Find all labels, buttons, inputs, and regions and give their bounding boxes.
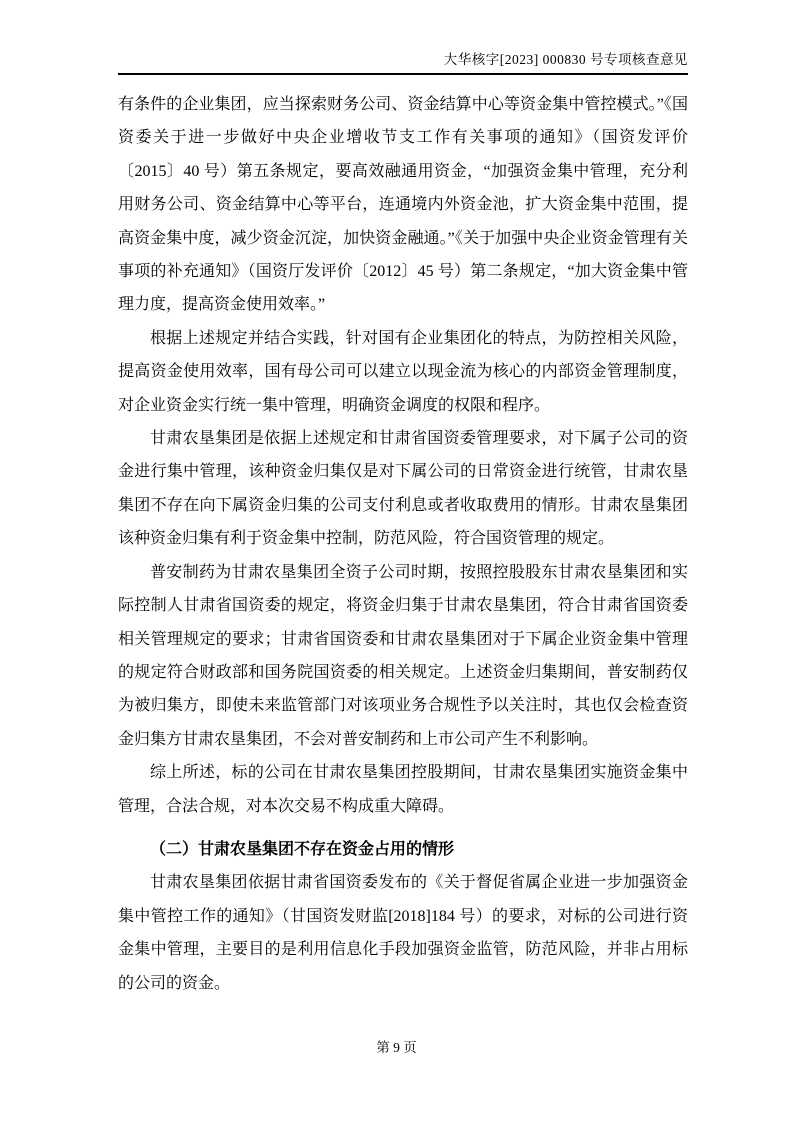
document-body: 有条件的企业集团，应当探索财务公司、资金结算中心等资金集中管控模式。”《国资委关… — [118, 88, 688, 1000]
document-page: 大华核字[2023] 000830 号专项核查意见 有条件的企业集团，应当探索财… — [0, 0, 793, 1122]
body-paragraph: 综上所述，标的公司在甘肃农垦集团控股期间，甘肃农垦集团实施资金集中管理，合法合规… — [118, 756, 688, 823]
body-paragraph-continuation: 有条件的企业集团，应当探索财务公司、资金结算中心等资金集中管控模式。”《国资委关… — [118, 88, 688, 322]
body-paragraph: 甘肃农垦集团是依据上述规定和甘肃省国资委管理要求，对下属子公司的资金进行集中管理… — [118, 422, 688, 556]
body-paragraph: 根据上述规定并结合实践，针对国有企业集团化的特点，为防控相关风险，提高资金使用效… — [118, 322, 688, 422]
page-header: 大华核字[2023] 000830 号专项核查意见 — [118, 50, 688, 75]
body-paragraph: 甘肃农垦集团依据甘肃省国资委发布的《关于督促省属企业进一步加强资金集中管控工作的… — [118, 866, 688, 1000]
header-doc-reference: 大华核字[2023] 000830 号专项核查意见 — [118, 50, 688, 73]
page-footer: 第 9 页 — [0, 1038, 793, 1058]
body-paragraph: 普安制药为甘肃农垦集团全资子公司时期，按照控股股东甘肃农垦集团和实际控制人甘肃省… — [118, 556, 688, 756]
header-rule — [118, 73, 688, 75]
page-number: 第 9 页 — [376, 1040, 417, 1055]
section-heading: （二）甘肃农垦集团不存在资金占用的情形 — [118, 833, 688, 866]
